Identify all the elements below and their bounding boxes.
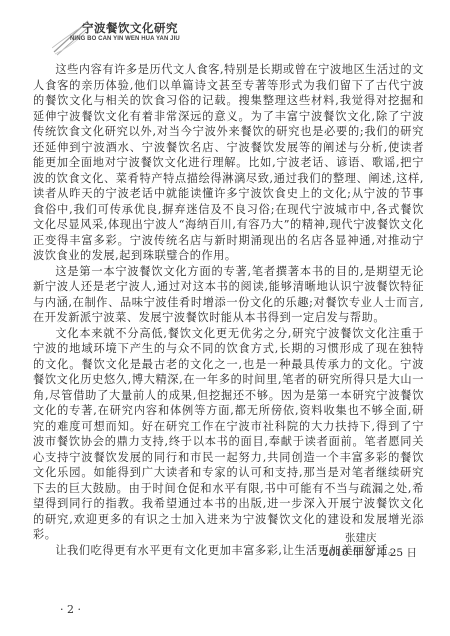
paragraph-2: 这是第一本宁波餐饮文化方面的专著,笔者撰著本书的目的,是期望无论新宁波人还是老宁… xyxy=(33,264,424,326)
header-title: 宁波餐饮文化研究 xyxy=(82,20,178,36)
header-pinyin: NING BO CAN YIN WEN HUA YAN JIU xyxy=(70,36,180,42)
paragraph-1: 这些内容有许多是历代文人食客,特别是长期或曾在宁波地区生活过的文人食客的亲历体验… xyxy=(33,62,424,264)
paragraph-3: 文化本来就不分高低,餐饮文化更无优劣之分,研究宁波餐饮文化注重于宁波的地域环境下… xyxy=(33,326,424,543)
page-number: · 2 · xyxy=(60,603,81,616)
running-header: 宁波餐饮文化研究 NING BO CAN YIN WEN HUA YAN JIU xyxy=(52,18,202,58)
preface-body: 这些内容有许多是历代文人食客,特别是长期或曾在宁波地区生活过的文人食客的亲历体验… xyxy=(33,62,424,558)
author-signature: 张建庆 xyxy=(345,530,377,545)
signature-date: 2010 年 3 月 25 日 xyxy=(322,545,417,560)
